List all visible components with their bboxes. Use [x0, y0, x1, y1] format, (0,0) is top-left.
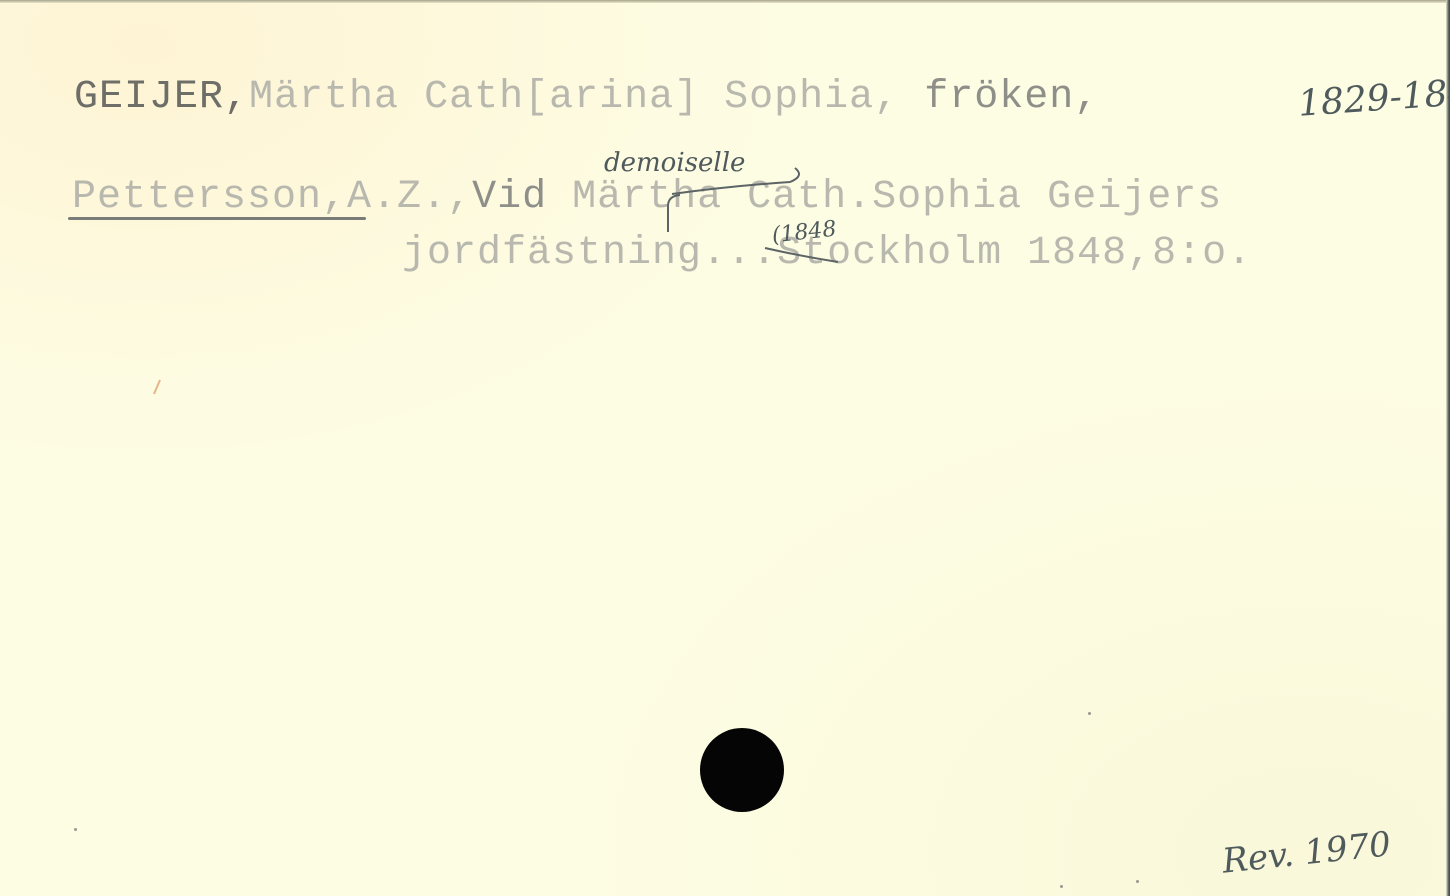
speck	[1088, 712, 1091, 715]
punch-hole	[700, 728, 784, 812]
catalog-card: GEIJER,Märtha Cath[arina] Sophia, fröken…	[0, 0, 1450, 896]
speck	[1136, 880, 1139, 883]
speck	[1060, 885, 1063, 888]
speck	[74, 828, 77, 831]
